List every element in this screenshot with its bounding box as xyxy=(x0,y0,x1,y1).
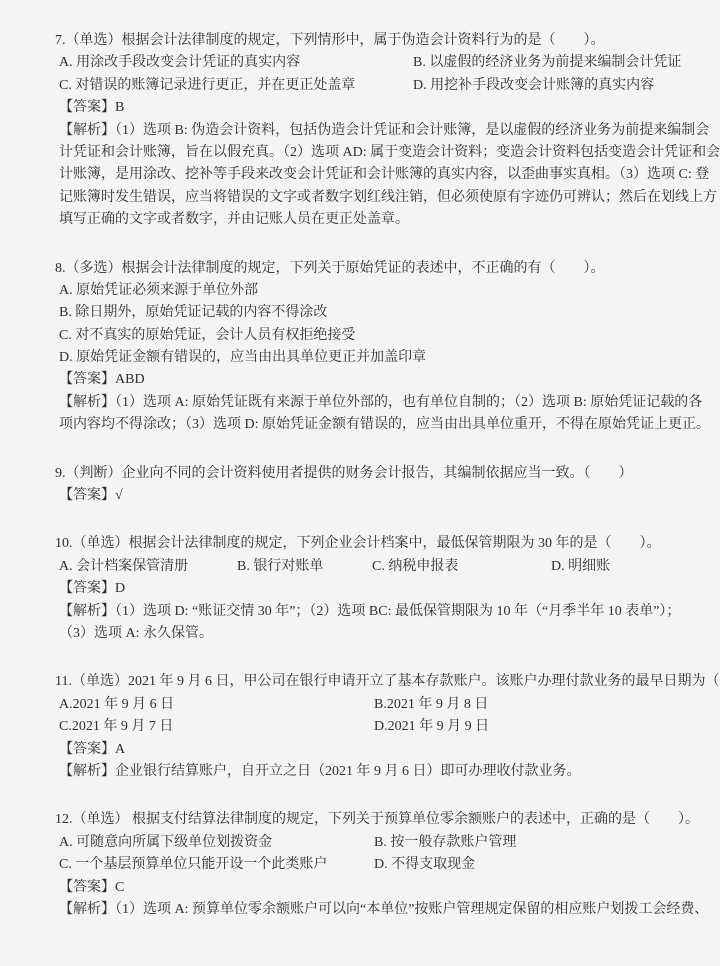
question-12: 12.（单选） 根据支付结算法律制度的规定，下列关于预算单位零余额账户的表述中，… xyxy=(55,809,720,921)
option-a: A. 原始凭证必须来源于单位外部 xyxy=(55,280,720,302)
question-stem-text: 根据会计法律制度的规定，下列关于原始凭证的表述中，不正确的有（ ）。 xyxy=(122,261,605,276)
option-c: C.2021 年 9 月 7 日 xyxy=(59,716,374,738)
question-type: （单选） xyxy=(73,536,129,551)
question-9: 9.（判断）企业向不同的会计资料使用者提供的财务会计报告，其编制依据应当一致。（… xyxy=(55,463,720,508)
question-stem-text: 根据支付结算法律制度的规定，下列关于预算单位零余额账户的表述中，正确的是（ ）。 xyxy=(129,812,700,827)
exam-document-page: 7.（单选）根据会计法律制度的规定，下列情形中，属于伪造会计资料行为的是（ ）。… xyxy=(0,0,720,966)
answer-label: 【答案】 xyxy=(59,880,115,895)
analysis-line: 项内容均不得涂改；（3）选项 D: 原始凭证金额有错误的，应当由出具单位重开，不… xyxy=(55,414,720,436)
option-d: D.2021 年 9 月 9 日 xyxy=(374,716,720,738)
option-a: A. 可随意向所属下级单位划拨资金 xyxy=(59,832,374,854)
option-b: B. 以虚假的经济业务为前提来编制会计凭证 xyxy=(413,52,720,74)
option-row: C.2021 年 9 月 7 日 D.2021 年 9 月 9 日 xyxy=(55,716,720,738)
question-type: （判断） xyxy=(66,466,122,481)
question-stem: 12.（单选） 根据支付结算法律制度的规定，下列关于预算单位零余额账户的表述中，… xyxy=(55,809,720,831)
question-number: 9. xyxy=(55,466,66,481)
question-stem: 9.（判断）企业向不同的会计资料使用者提供的财务会计报告，其编制依据应当一致。（… xyxy=(55,463,720,485)
option-c: C. 一个基层预算单位只能开设一个此类账户 xyxy=(59,854,374,876)
analysis-line: 填写正确的文字或者数字，并由记账人员在更正处盖章。 xyxy=(55,209,720,231)
answer-value: B xyxy=(115,100,124,115)
option-row: C. 一个基层预算单位只能开设一个此类账户 D. 不得支取现金 xyxy=(55,854,720,876)
option-c: C. 对不真实的原始凭证，会计人员有权拒绝接受 xyxy=(55,325,720,347)
question-stem: 11.（单选）2021 年 9 月 6 日，甲公司在银行申请开立了基本存款账户。… xyxy=(55,671,720,693)
option-row: A. 可随意向所属下级单位划拨资金 B. 按一般存款账户管理 xyxy=(55,832,720,854)
option-row: C. 对错误的账簿记录进行更正，并在更正处盖章 D. 用挖补手段改变会计账簿的真… xyxy=(55,75,720,97)
question-number: 10. xyxy=(55,536,73,551)
page-content: 7.（单选）根据会计法律制度的规定，下列情形中，属于伪造会计资料行为的是（ ）。… xyxy=(0,0,720,921)
answer-value: √ xyxy=(115,488,123,503)
option-a: A. 会计档案保管清册 xyxy=(59,556,237,578)
analysis-line: 【解析】（1）选项 D: “账证交情 30 年”；（2）选项 BC: 最低保管期… xyxy=(55,601,720,623)
question-stem-text: 企业向不同的会计资料使用者提供的财务会计报告，其编制依据应当一致。（ ） xyxy=(122,466,633,481)
question-type: （单选） xyxy=(72,674,128,689)
question-number: 7. xyxy=(55,33,66,48)
answer-line: 【答案】D xyxy=(55,578,720,600)
option-a: A.2021 年 9 月 6 日 xyxy=(59,694,374,716)
question-10: 10.（单选）根据会计法律制度的规定，下列企业会计档案中，最低保管期限为 30 … xyxy=(55,533,720,645)
answer-value: ABD xyxy=(115,372,145,387)
question-stem-text: 根据会计法律制度的规定，下列情形中，属于伪造会计资料行为的是（ ）。 xyxy=(122,33,605,48)
answer-label: 【答案】 xyxy=(59,488,115,503)
answer-value: C xyxy=(115,880,124,895)
question-number: 12. xyxy=(55,812,73,827)
question-7: 7.（单选）根据会计法律制度的规定，下列情形中，属于伪造会计资料行为的是（ ）。… xyxy=(55,30,720,232)
option-d: D. 原始凭证金额有错误的，应当由出具单位更正并加盖印章 xyxy=(55,347,720,369)
answer-line: 【答案】B xyxy=(55,97,720,119)
option-b: B. 银行对账单 xyxy=(237,556,372,578)
answer-label: 【答案】 xyxy=(59,100,115,115)
answer-value: D xyxy=(115,581,125,596)
analysis-line: （3）选项 A: 永久保管。 xyxy=(55,623,720,645)
option-d: D. 用挖补手段改变会计账簿的真实内容 xyxy=(413,75,720,97)
answer-line: 【答案】√ xyxy=(55,485,720,507)
option-c: C. 纳税申报表 xyxy=(372,556,551,578)
option-b: B. 按一般存款账户管理 xyxy=(374,832,720,854)
analysis-line: 记账簿时发生错误，应当将错误的文字或者数字划红线注销，但必须使原有字迹仍可辨认；… xyxy=(55,187,720,209)
answer-line: 【答案】ABD xyxy=(55,369,720,391)
answer-label: 【答案】 xyxy=(59,742,115,757)
option-c: C. 对错误的账簿记录进行更正，并在更正处盖章 xyxy=(59,75,413,97)
question-stem: 8.（多选）根据会计法律制度的规定，下列关于原始凭证的表述中，不正确的有（ ）。 xyxy=(55,258,720,280)
question-stem: 7.（单选）根据会计法律制度的规定，下列情形中，属于伪造会计资料行为的是（ ）。 xyxy=(55,30,720,52)
answer-label: 【答案】 xyxy=(59,581,115,596)
analysis-line: 【解析】（1）选项 A: 原始凭证既有来源于单位外部的，也有单位自制的；（2）选… xyxy=(55,392,720,414)
analysis-line: 【解析】（1）选项 B: 伪造会计资料，包括伪造会计凭证和会计账簿，是以虚假的经… xyxy=(55,120,720,142)
option-a: A. 用涂改手段改变会计凭证的真实内容 xyxy=(59,52,413,74)
option-b: B.2021 年 9 月 8 日 xyxy=(374,694,720,716)
answer-line: 【答案】A xyxy=(55,739,720,761)
answer-value: A xyxy=(115,742,125,757)
question-number: 11. xyxy=(55,674,72,689)
question-11: 11.（单选）2021 年 9 月 6 日，甲公司在银行申请开立了基本存款账户。… xyxy=(55,671,720,783)
answer-line: 【答案】C xyxy=(55,877,720,899)
analysis-line: 计账簿，是用涂改、挖补等手段来改变会计凭证和会计账簿的真实内容，以歪曲事实真相。… xyxy=(55,164,720,186)
analysis-line: 【解析】企业银行结算账户，自开立之日（2021 年 9 月 6 日）即可办理收付… xyxy=(55,761,720,783)
option-b: B. 除日期外，原始凭证记载的内容不得涂改 xyxy=(55,302,720,324)
question-number: 8. xyxy=(55,261,66,276)
option-row: A. 用涂改手段改变会计凭证的真实内容 B. 以虚假的经济业务为前提来编制会计凭… xyxy=(55,52,720,74)
analysis-line: 计凭证和会计账簿，旨在以假充真。（2）选项 AD: 属于变造会计资料；变造会计资… xyxy=(55,142,720,164)
question-type: （单选） xyxy=(66,33,122,48)
option-row: A.2021 年 9 月 6 日 B.2021 年 9 月 8 日 xyxy=(55,694,720,716)
question-type: （多选） xyxy=(66,261,122,276)
option-d: D. 明细账 xyxy=(551,556,720,578)
option-row: A. 会计档案保管清册 B. 银行对账单 C. 纳税申报表 D. 明细账 xyxy=(55,556,720,578)
option-d: D. 不得支取现金 xyxy=(374,854,720,876)
question-stem-text: 根据会计法律制度的规定，下列企业会计档案中，最低保管期限为 30 年的是（ ）。 xyxy=(129,536,661,551)
question-8: 8.（多选）根据会计法律制度的规定，下列关于原始凭证的表述中，不正确的有（ ）。… xyxy=(55,258,720,437)
answer-label: 【答案】 xyxy=(59,372,115,387)
question-stem: 10.（单选）根据会计法律制度的规定，下列企业会计档案中，最低保管期限为 30 … xyxy=(55,533,720,555)
question-type: （单选） xyxy=(73,812,129,827)
analysis-line: 【解析】（1）选项 A: 预算单位零余额账户可以向“本单位”按账户管理规定保留的… xyxy=(55,899,720,921)
question-stem-text: 2021 年 9 月 6 日，甲公司在银行申请开立了基本存款账户。该账户办理付款… xyxy=(128,674,720,689)
